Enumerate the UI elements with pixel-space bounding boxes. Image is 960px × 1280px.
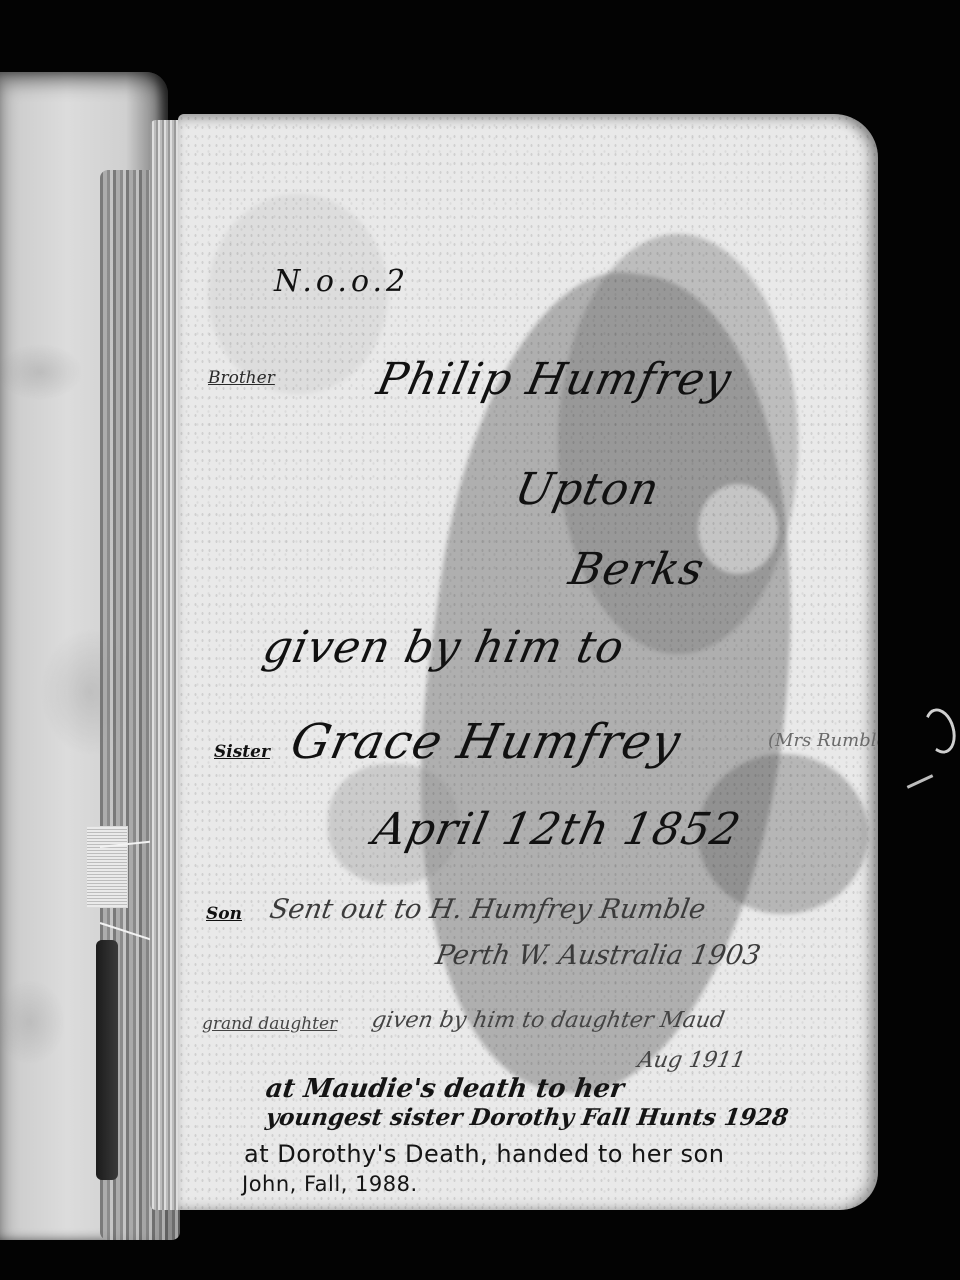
- inscription-name: Philip Humfrey: [373, 354, 737, 405]
- inscription-place-1: Upton: [511, 464, 665, 515]
- inscription-dorothy-line-1: at Dorothy's Death, handed to her son: [244, 1140, 724, 1168]
- spine-torn-section: [96, 940, 118, 1180]
- stray-thread: [920, 705, 960, 757]
- inscription-maud-line-1: at Maudie's death to her: [264, 1074, 626, 1104]
- inscription-recipient-note: (Mrs Rumble): [768, 730, 878, 751]
- inscription-recipient: Grace Humfrey: [286, 714, 686, 770]
- inscription-granddaughter-line: given by him to daughter Maud: [370, 1008, 727, 1033]
- margin-label-sister: Sister: [214, 742, 270, 762]
- book-photograph: N.o.o.2 Brother Philip Humfrey Upton Ber…: [0, 0, 960, 1280]
- inscription-son-line-1: Sent out to H. Humfrey Rumble: [267, 894, 708, 925]
- margin-label-brother: Brother: [208, 368, 275, 388]
- flyleaf-page: N.o.o.2 Brother Philip Humfrey Upton Ber…: [178, 114, 878, 1210]
- margin-label-son: Son: [206, 904, 242, 924]
- inscription-place-2: Berks: [565, 544, 709, 595]
- margin-label-granddaughter: grand daughter: [202, 1014, 337, 1034]
- spine-gauze-tape: [86, 826, 128, 908]
- book-number: N.o.o.2: [274, 264, 409, 299]
- inscription-granddaughter-date: Aug 1911: [636, 1048, 748, 1073]
- inscription-given-line: given by him to: [259, 622, 630, 673]
- inscription-date: April 12th 1852: [369, 804, 746, 855]
- stray-thread: [907, 774, 934, 789]
- inscription-dorothy-line-2: John, Fall, 1988.: [242, 1172, 418, 1196]
- inscription-maud-line-2: youngest sister Dorothy Fall Hunts 1928: [264, 1104, 790, 1131]
- inscription-son-line-2: Perth W. Australia 1903: [433, 940, 763, 971]
